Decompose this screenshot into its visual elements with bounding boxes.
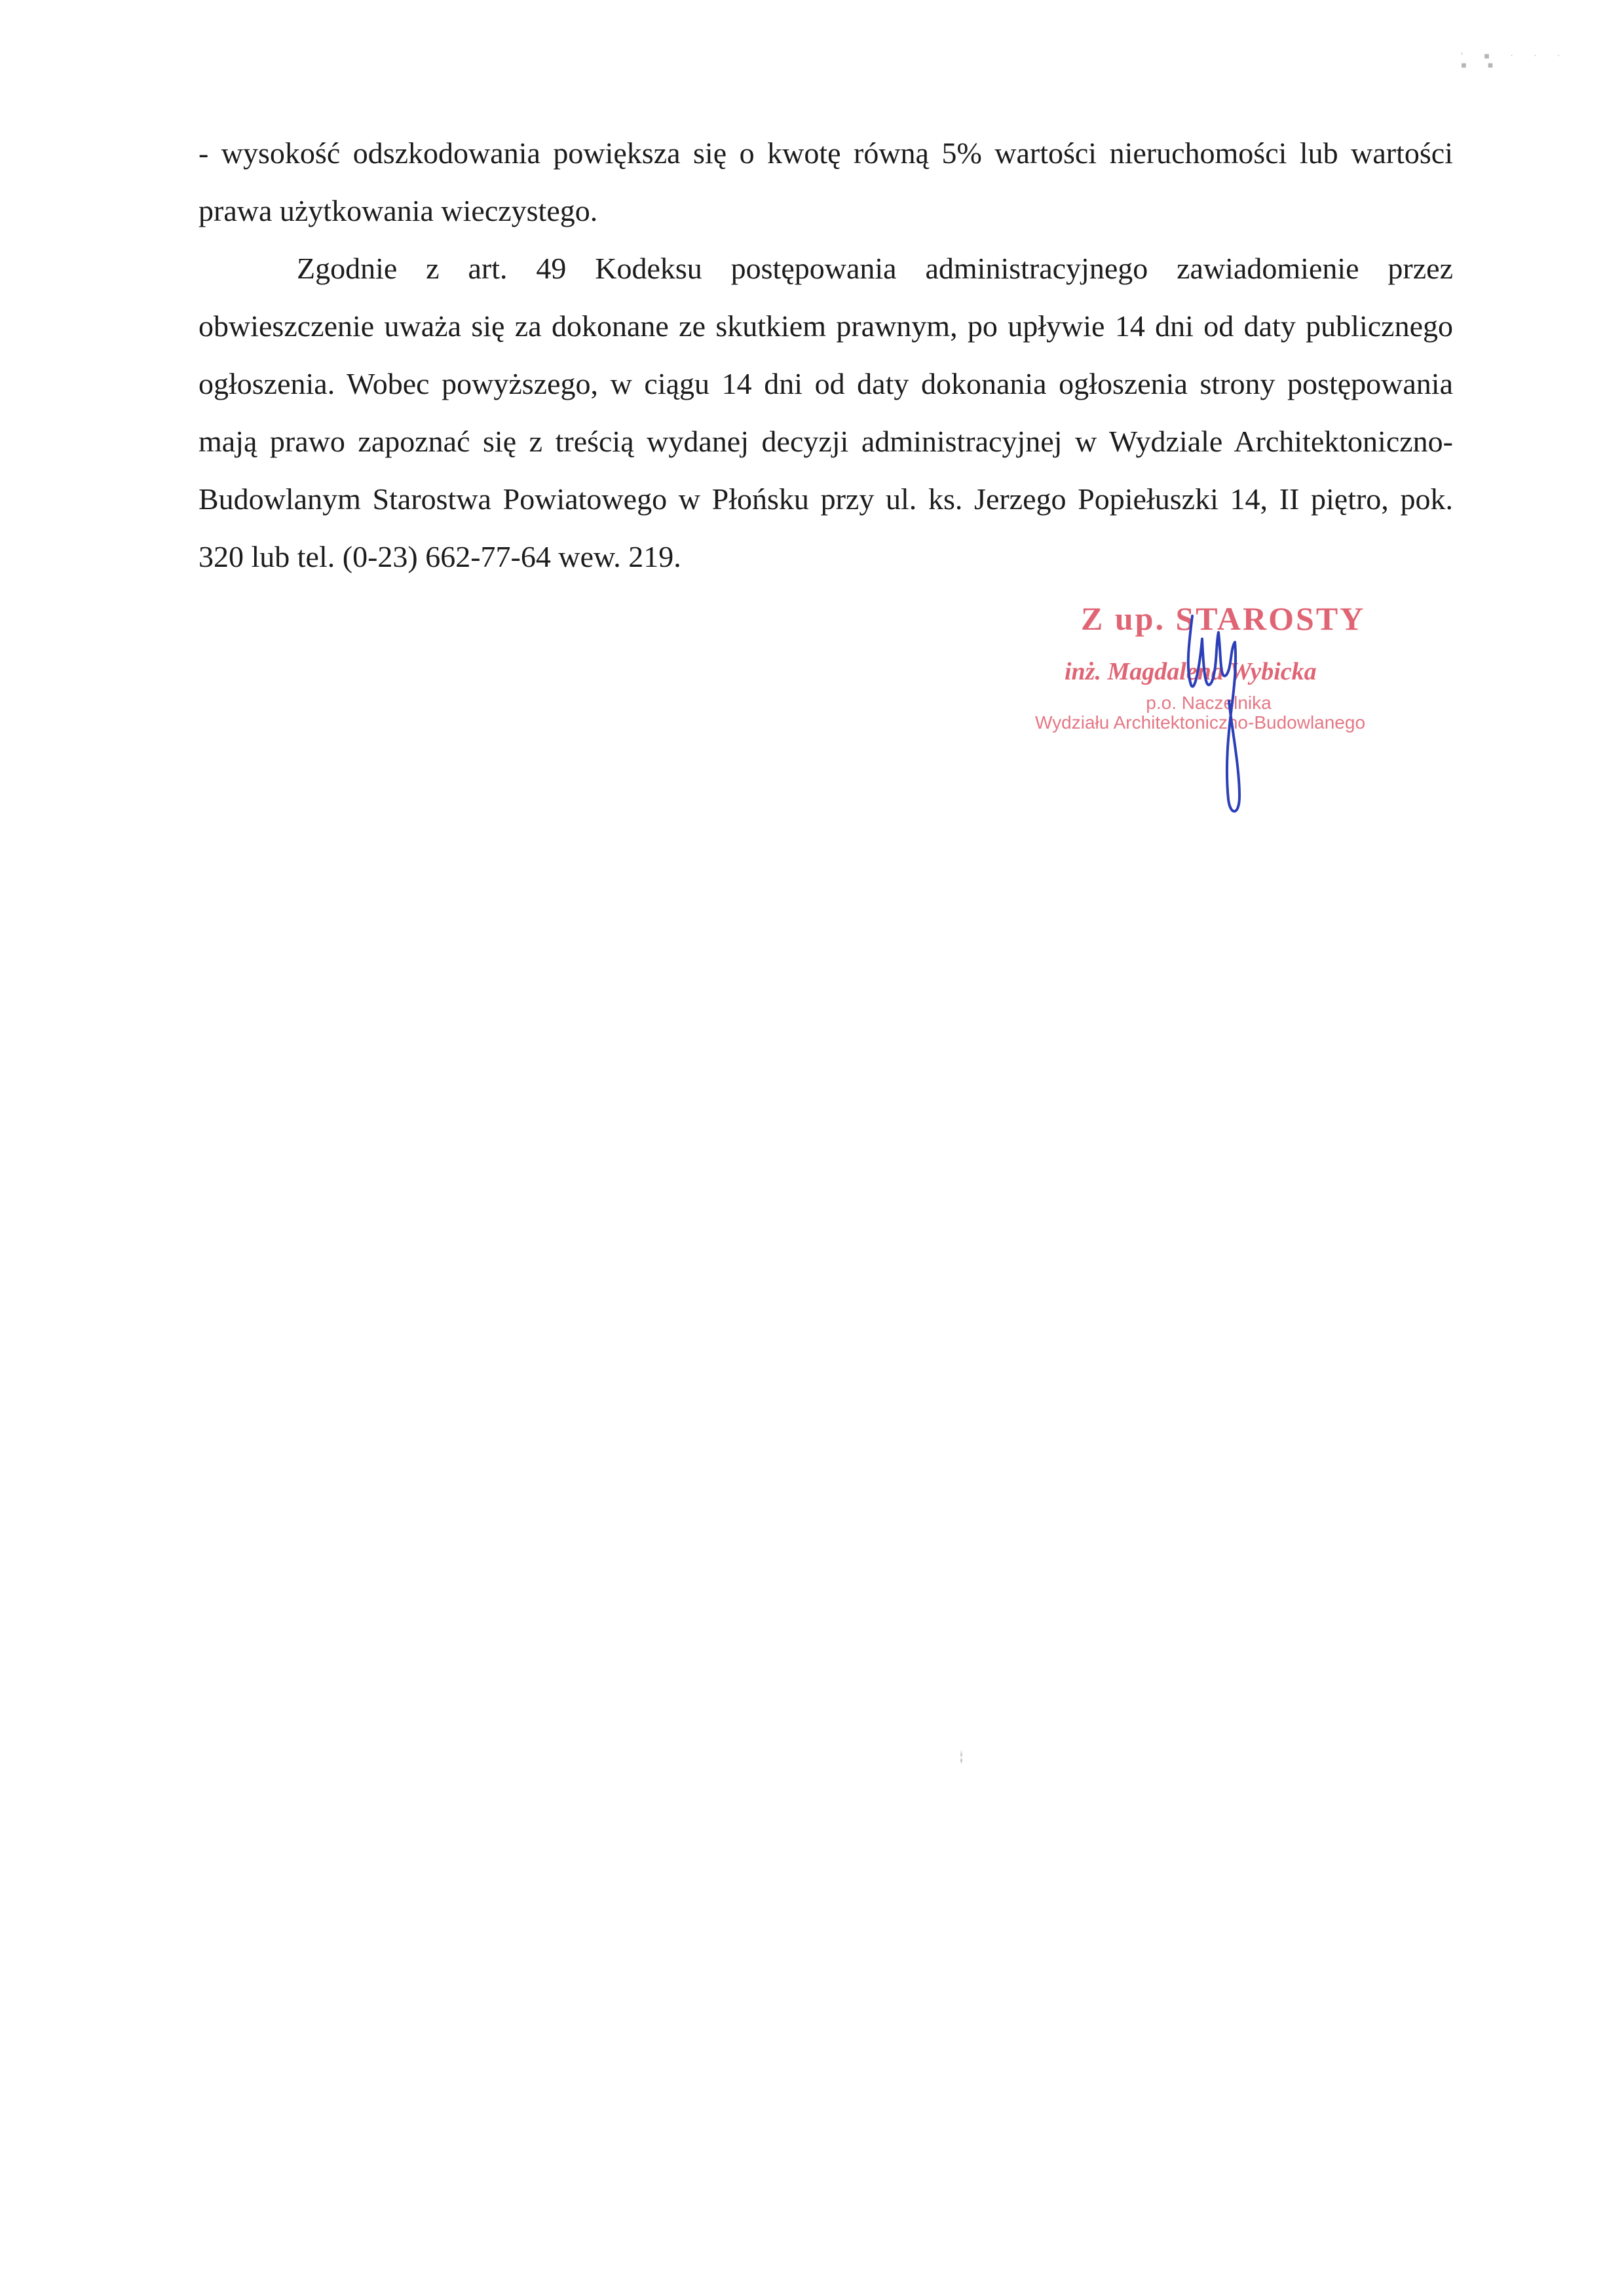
scan-artifact-marks: ' ◾ · · · ◾ ◾ bbox=[1461, 51, 1579, 60]
document-body: - wysokość odszkodowania powiększa się o… bbox=[198, 124, 1453, 586]
stamp-signatory-name: inż. Magdalena Wybicka bbox=[1065, 657, 1317, 686]
stamp-department: Wydziału Architektoniczno-Budowlanego bbox=[1035, 712, 1365, 733]
stamp-position: p.o. Naczelnika bbox=[1035, 693, 1382, 714]
paragraph-notice-info: Zgodnie z art. 49 Kodeksu postępowania a… bbox=[198, 240, 1453, 586]
official-stamp: Z up. STAROSTY inż. Magdalena Wybicka p.… bbox=[1035, 593, 1415, 829]
paragraph-compensation-note: - wysokość odszkodowania powiększa się o… bbox=[198, 124, 1453, 240]
stamp-authorization: Z up. STAROSTY bbox=[1081, 600, 1365, 638]
scan-artifact-speck bbox=[960, 1750, 962, 1764]
